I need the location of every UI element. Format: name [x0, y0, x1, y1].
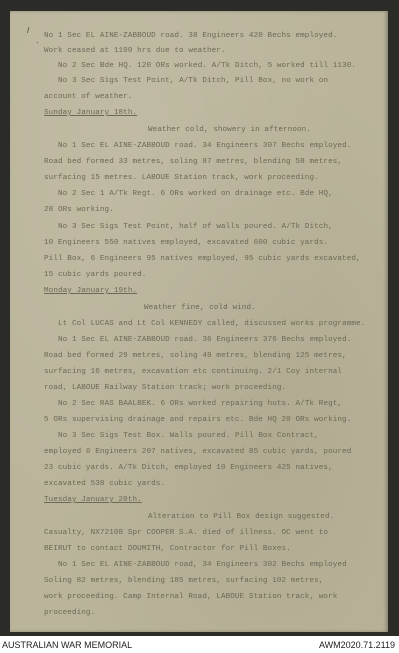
- text-line: road, LABOUE Railway Station track; work…: [44, 384, 286, 392]
- text-line: employed 6 Engineers 207 natives, excava…: [44, 448, 351, 456]
- archive-name: AUSTRALIAN WAR MEMORIAL: [2, 640, 132, 650]
- text-line: 15 cubic yards poured.: [44, 271, 146, 279]
- text-line: No 2 Sec 1 A/Tk Regt. 6 ORs worked on dr…: [58, 190, 333, 198]
- text-line: No 1 Sec EL AINE-ZABBOUD road, 34 Engine…: [58, 561, 347, 569]
- text-line: BEIRUT to contact DOUMITH, Contractor fo…: [44, 545, 291, 553]
- text-line: No 3 Sec Sigs Test Box. Walls poured. Pi…: [58, 432, 319, 440]
- date-heading: Sunday January 18th.: [44, 109, 137, 117]
- text-line: surfacing 16 metres, excavation etc cont…: [44, 368, 342, 376]
- text-line: Alteration to Pill Box design suggested.: [148, 513, 334, 521]
- text-line: work proceeding. Camp Internal Road, LAB…: [44, 593, 337, 601]
- text-line: No 1 Sec EL AINE-ZABBOUD road. 38 Engine…: [44, 32, 337, 40]
- text-line: No 1 Sec EL AINE-ZABBOUD road. 34 Engine…: [58, 142, 351, 150]
- date-heading: Tuesday January 20th.: [44, 496, 142, 504]
- text-line: Road bed formed 29 metres, soling 49 met…: [44, 352, 347, 360]
- text-line: No 2 Sec RAS BAALBEK. 6 ORs worked repai…: [58, 400, 342, 408]
- text-line: account of weather.: [44, 93, 132, 101]
- document-page: No 1 Sec EL AINE-ZABBOUD road. 38 Engine…: [10, 11, 388, 632]
- text-line: Lt Col LUCAS and Lt Col KENNEDY called, …: [58, 320, 365, 328]
- text-line: Weather fine, cold wind.: [144, 304, 256, 312]
- text-line: 5 ORs supervising drainage and repairs e…: [44, 416, 351, 424]
- scan-background: No 1 Sec EL AINE-ZABBOUD road. 38 Engine…: [0, 0, 399, 636]
- text-line: No 2 Sec Bde HQ. 120 ORs worked. A/Tk Di…: [58, 62, 356, 70]
- text-line: proceeding.: [44, 609, 95, 617]
- text-line: 10 Engineers 550 natives employed, excav…: [44, 239, 328, 247]
- text-line: Road bed formed 33 metres, soling 87 met…: [44, 158, 342, 166]
- date-heading: Monday January 19th.: [44, 287, 137, 295]
- text-line: Work ceased at 1100 hrs due to weather.: [44, 47, 226, 55]
- text-line: surfacing 15 metres. LABOUE Station trac…: [44, 174, 319, 182]
- ink-mark: /: [27, 26, 29, 35]
- text-line: Pill Box, 6 Engineers 95 natives employe…: [44, 255, 361, 263]
- accession-number: AWM2020.71.2119: [319, 640, 395, 650]
- text-line: excavated 538 cubic yards.: [44, 480, 165, 488]
- text-line: 23 cubic yards. A/Tk Ditch, employed 10 …: [44, 464, 333, 472]
- text-line: Weather cold, showery in afternoon.: [148, 126, 311, 134]
- text-line: Casualty, NX72108 Spr COOPER S.A. died o…: [44, 529, 328, 537]
- typed-text-body: No 1 Sec EL AINE-ZABBOUD road. 38 Engine…: [10, 11, 388, 632]
- text-line: No 3 Sec Sigs Test Point, A/Tk Ditch, Pi…: [58, 77, 328, 85]
- text-line: No 3 Sec Sigs Test Point, half of walls …: [58, 223, 333, 231]
- text-line: 28 ORs working.: [44, 206, 114, 214]
- ink-mark: ·: [36, 38, 39, 47]
- text-line: No 1 Sec EL AINE-ZABBOUD road. 36 Engine…: [58, 336, 351, 344]
- footer: AUSTRALIAN WAR MEMORIAL AWM2020.71.2119: [0, 636, 399, 653]
- text-line: Soling 82 metres, blending 185 metres, s…: [44, 577, 323, 585]
